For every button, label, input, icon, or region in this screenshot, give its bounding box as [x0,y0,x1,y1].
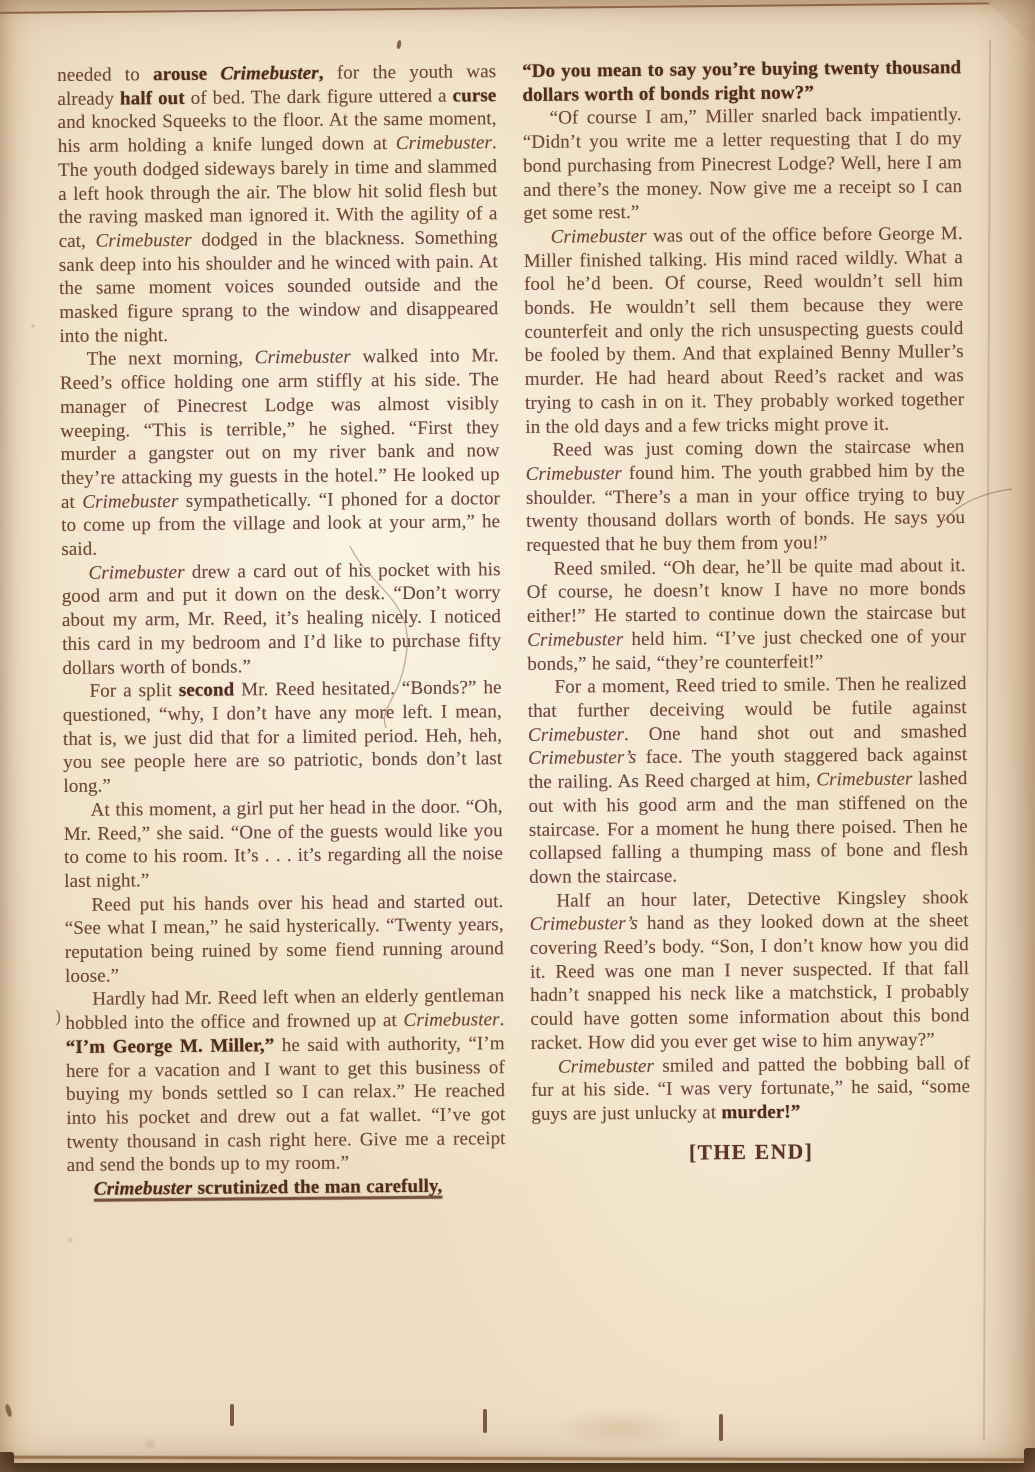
text-segment: For a split [90,680,179,702]
story-paragraph: Crimebuster drew a card out of his pocke… [61,558,501,680]
text-segment: Crimebuster [403,1009,499,1031]
text-segment: Crimebuster’s [528,747,636,769]
story-paragraph: needed to arouse Crimebuster, for the yo… [57,60,498,348]
story-text-block: needed to arouse Crimebuster, for the yo… [0,0,1035,1472]
story-paragraph: Crimebuster was out of the office before… [524,222,965,439]
text-segment: second [179,680,235,701]
story-paragraph: The next morning, Crimebuster walked int… [60,345,501,562]
story-paragraph: For a split second Mr. Reed hesitated. “… [62,676,502,798]
text-segment: Crimebuster [816,769,912,791]
text-segment: Crimebuster [396,132,492,154]
text-segment: . One hand shot out and smashed [624,721,967,745]
text-segment: At this moment, a girl put her head in t… [64,796,503,892]
text-segment: Crimebuster [220,63,318,85]
text-segment: Crimebuster [255,347,351,369]
printer-tick-mark [719,1414,723,1441]
scan-corner-mark [1024,1448,1035,1472]
text-segment: Crimebuster [94,1178,192,1200]
text-segment: “Do you mean to say you’re buying twenty… [522,57,961,106]
text-segment: arouse [153,64,221,86]
text-segment: Reed put his hands over his head and sta… [65,891,504,987]
story-column-right: “Do you mean to say you’re buying twenty… [522,56,971,1166]
text-segment: Crimebuster [528,724,624,746]
text-segment: needed to [57,64,153,86]
text-segment: . [500,1009,505,1030]
text-segment: “I’m George M. Miller,” [66,1035,275,1058]
text-segment: Crimebuster [551,226,647,248]
text-segment: Crimebuster [82,491,178,513]
text-segment: Crimebuster [527,629,623,651]
text-segment: Half an hour later, Detective Kingsley s… [556,887,968,912]
story-paragraph: “Of course I am,” Miller snarled back im… [523,104,963,226]
text-segment: Crimebuster [558,1055,654,1077]
text-segment: For a moment, Reed tried to smile. Then … [528,673,967,722]
stray-print-mark: ) [55,1006,61,1027]
text-segment: murder!” [721,1101,800,1123]
story-paragraph: Half an hour later, Detective Kingsley s… [529,886,969,1056]
text-segment: The next morning, [87,348,255,370]
text-segment: half out [120,88,185,110]
story-paragraph: For a moment, Reed tried to smile. Then … [527,672,968,889]
text-segment: scrutinized the man carefully, [192,1176,442,1199]
story-paragraph: Hardly had Mr. Reed left when an elderly… [65,985,506,1178]
story-paragraph: Reed was just coming down the staircase … [525,435,965,557]
story-paragraph: Reed smiled. “Oh dear, he’ll be quite ma… [526,554,966,676]
text-segment: curse [453,85,497,106]
text-segment: was out of the office before George M. M… [524,223,964,437]
printer-tick-mark [483,1409,487,1433]
text-segment: of bed. The dark figure uttered a [185,85,453,108]
story-paragraph: Crimebuster smiled and patted the bobbin… [531,1052,971,1127]
text-segment: Crimebuster [526,463,622,485]
scan-bottom-bar [0,1463,1035,1472]
printer-tick-mark [230,1404,234,1426]
text-segment: Crimebuster [95,230,191,252]
text-segment: Crimebuster’s [530,913,638,935]
story-paragraph: At this moment, a girl put her head in t… [64,795,504,894]
comic-text-page: needed to arouse Crimebuster, for the yo… [0,0,1035,1472]
text-segment: Reed smiled. “Oh dear, he’ll be quite ma… [527,555,966,627]
the-end-mark: [THE END] [532,1139,971,1167]
story-paragraph: “Do you mean to say you’re buying twenty… [522,56,961,107]
text-segment: Reed was just coming down the staircase … [552,436,964,461]
story-paragraph: Crimebuster scrutinized the man carefull… [67,1174,506,1202]
story-column-left: needed to arouse Crimebuster, for the yo… [57,60,506,1202]
text-segment: Crimebuster [88,562,184,584]
text-segment: “Of course I am,” Miller snarled back im… [523,105,963,225]
scan-corner-mark [0,1452,14,1472]
story-paragraph: Reed put his hands over his head and sta… [64,890,504,989]
scanned-page: { "colors": { "paper": "#ecdcc0", "ink":… [0,0,1035,1472]
